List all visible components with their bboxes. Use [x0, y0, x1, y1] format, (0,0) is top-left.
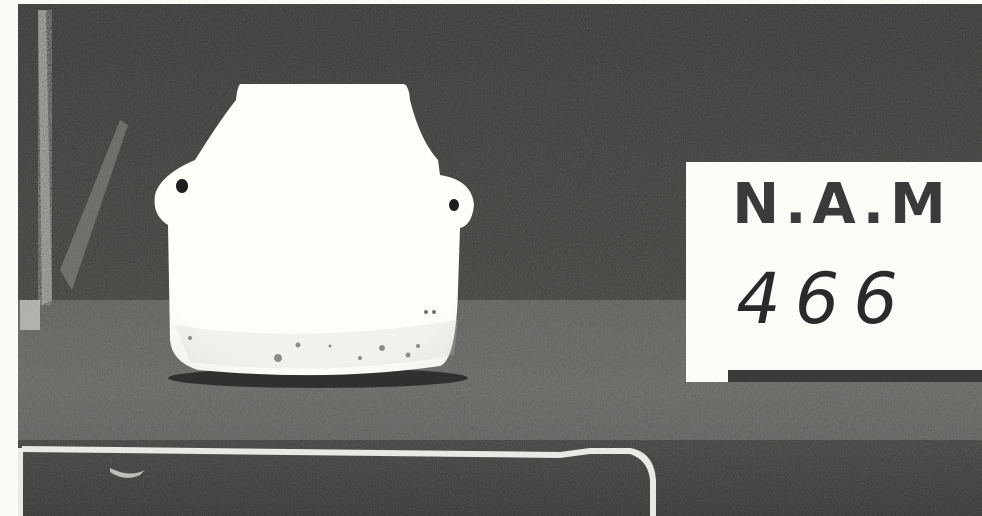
label-card: N.A.M 466 [686, 162, 982, 382]
lug-hole-right [449, 199, 459, 211]
label-accession-number: 466 [686, 258, 982, 340]
lug-hole-left [176, 179, 188, 193]
label-collection-code: N.A.M [686, 172, 982, 237]
card-shadow-notch [728, 370, 982, 382]
